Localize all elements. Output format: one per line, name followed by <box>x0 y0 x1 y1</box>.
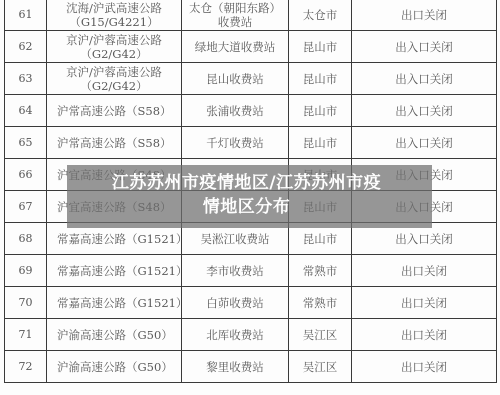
cell-highway-text: 沪常高速公路（S58） <box>57 136 172 150</box>
cell-number-text: 70 <box>19 296 33 309</box>
cell-city-text: 昆山市 <box>303 232 338 246</box>
cell-city: 太仓市 <box>289 0 352 31</box>
cell-status: 出口关闭 <box>352 287 497 319</box>
cell-status-text: 出口关闭 <box>401 296 447 310</box>
caption-overlay: 江苏苏州市疫情地区/江苏苏州市疫 情地区分布 <box>67 165 432 228</box>
cell-number-text: 66 <box>19 168 33 181</box>
cell-city: 吴江区 <box>289 351 352 383</box>
cell-city: 昆山市 <box>289 95 352 127</box>
cell-toll-station: 太仓（朝阳东路）收费站 <box>182 0 289 31</box>
cell-number-text: 63 <box>19 72 33 85</box>
cell-toll-station: 白茆收费站 <box>182 287 289 319</box>
cell-number: 72 <box>5 351 47 383</box>
cell-toll-station-text: 张浦收费站 <box>206 104 264 118</box>
cell-status: 出入口关闭 <box>352 31 497 63</box>
cell-status-text: 出口关闭 <box>401 8 447 22</box>
cell-toll-station-text: 绿地大道收费站 <box>195 40 276 54</box>
cell-highway-text: 沪常高速公路（S58） <box>57 104 172 118</box>
cell-toll-station: 北厍收费站 <box>182 319 289 351</box>
cell-status: 出入口关闭 <box>352 95 497 127</box>
cell-number-text: 64 <box>19 104 33 117</box>
cell-highway-text: 常嘉高速公路（G1521） <box>57 264 182 278</box>
cell-status-text: 出入口关闭 <box>395 40 453 54</box>
cell-number: 63 <box>5 63 47 95</box>
cell-number-text: 68 <box>19 232 33 245</box>
cell-number-text: 62 <box>19 40 33 53</box>
cell-number-text: 65 <box>19 136 33 149</box>
cell-city-text: 昆山市 <box>303 72 338 86</box>
cell-toll-station-text: 黎里收费站 <box>206 360 264 374</box>
cell-city: 吴江区 <box>289 319 352 351</box>
cell-number: 65 <box>5 127 47 159</box>
cell-city-text: 昆山市 <box>303 104 338 118</box>
cell-toll-station: 李市收费站 <box>182 255 289 287</box>
cell-highway: 沪常高速公路（S58） <box>47 127 182 159</box>
cell-number: 64 <box>5 95 47 127</box>
cell-city: 常熟市 <box>289 287 352 319</box>
cell-status-text: 出口关闭 <box>401 264 447 278</box>
caption-line-1: 江苏苏州市疫情地区/江苏苏州市疫 <box>75 171 418 195</box>
table-row: 63京沪/沪蓉高速公路（G2/G42）昆山收费站昆山市出入口关闭 <box>5 63 497 95</box>
cell-toll-station: 昆山收费站 <box>182 63 289 95</box>
table-row: 71沪渝高速公路（G50）北厍收费站吴江区出口关闭 <box>5 319 497 351</box>
cell-toll-station-text: 太仓（朝阳东路） <box>189 1 281 15</box>
cell-status: 出口关闭 <box>352 255 497 287</box>
cell-city-text: 常熟市 <box>303 296 338 310</box>
cell-highway-text: （G15/G4221） <box>69 15 158 29</box>
cell-city: 常熟市 <box>289 255 352 287</box>
cell-city: 昆山市 <box>289 31 352 63</box>
cell-number-text: 72 <box>19 360 33 373</box>
cell-number: 70 <box>5 287 47 319</box>
cell-status: 出口关闭 <box>352 319 497 351</box>
cell-highway-text: 沪渝高速公路（G50） <box>57 360 173 374</box>
cell-toll-station: 张浦收费站 <box>182 95 289 127</box>
cell-number-text: 67 <box>19 200 33 213</box>
table-row: 62京沪/沪蓉高速公路（G2/G42）绿地大道收费站昆山市出入口关闭 <box>5 31 497 63</box>
cell-status-text: 出入口关闭 <box>395 232 453 246</box>
cell-status-text: 出入口关闭 <box>395 104 453 118</box>
cell-toll-station-text: 收费站 <box>218 15 253 29</box>
cell-city-text: 常熟市 <box>303 264 338 278</box>
cell-highway: 沪渝高速公路（G50） <box>47 351 182 383</box>
table-row: 69常嘉高速公路（G1521）李市收费站常熟市出口关闭 <box>5 255 497 287</box>
cell-highway-text: 常嘉高速公路（G1521） <box>57 296 182 310</box>
cell-status: 出口关闭 <box>352 0 497 31</box>
cell-status-text: 出口关闭 <box>401 328 447 342</box>
cell-highway: 常嘉高速公路（G1521） <box>47 287 182 319</box>
cell-city-text: 吴江区 <box>303 328 338 342</box>
cell-toll-station: 绿地大道收费站 <box>182 31 289 63</box>
cell-highway-text: 沈海/沪武高速公路 <box>66 1 162 15</box>
cell-toll-station-text: 昆山收费站 <box>206 72 264 86</box>
cell-number: 66 <box>5 159 47 191</box>
cell-city-text: 太仓市 <box>303 8 338 22</box>
table-row: 65沪常高速公路（S58）千灯收费站昆山市出入口关闭 <box>5 127 497 159</box>
cell-highway: 沪渝高速公路（G50） <box>47 319 182 351</box>
cell-highway: 京沪/沪蓉高速公路（G2/G42） <box>47 63 182 95</box>
cell-status: 出口关闭 <box>352 351 497 383</box>
cell-highway-text: （G2/G42） <box>80 47 147 61</box>
cell-number-text: 61 <box>19 8 33 21</box>
cell-number: 61 <box>5 0 47 31</box>
cell-highway: 京沪/沪蓉高速公路（G2/G42） <box>47 31 182 63</box>
cell-highway-text: 京沪/沪蓉高速公路 <box>66 33 162 47</box>
cell-number: 67 <box>5 191 47 223</box>
cell-number-text: 69 <box>19 264 33 277</box>
cell-toll-station-text: 吴淞江收费站 <box>201 232 270 246</box>
cell-toll-station-text: 李市收费站 <box>206 264 264 278</box>
cell-number: 68 <box>5 223 47 255</box>
cell-status: 出入口关闭 <box>352 63 497 95</box>
cell-status-text: 出入口关闭 <box>395 136 453 150</box>
document-image: 61沈海/沪武高速公路（G15/G4221）太仓（朝阳东路）收费站太仓市出口关闭… <box>0 0 500 395</box>
cell-city-text: 昆山市 <box>303 40 338 54</box>
cell-highway-text: 常嘉高速公路（G1521） <box>57 232 182 246</box>
table-row: 64沪常高速公路（S58）张浦收费站昆山市出入口关闭 <box>5 95 497 127</box>
cell-highway: 沪常高速公路（S58） <box>47 95 182 127</box>
cell-number: 62 <box>5 31 47 63</box>
table-row: 72沪渝高速公路（G50）黎里收费站吴江区出口关闭 <box>5 351 497 383</box>
cell-number: 71 <box>5 319 47 351</box>
cell-toll-station: 千灯收费站 <box>182 127 289 159</box>
cell-status-text: 出入口关闭 <box>395 72 453 86</box>
table-row: 61沈海/沪武高速公路（G15/G4221）太仓（朝阳东路）收费站太仓市出口关闭 <box>5 0 497 31</box>
cell-status: 出入口关闭 <box>352 127 497 159</box>
cell-city: 昆山市 <box>289 127 352 159</box>
cell-highway: 常嘉高速公路（G1521） <box>47 255 182 287</box>
cell-status-text: 出口关闭 <box>401 360 447 374</box>
cell-number-text: 71 <box>19 328 33 341</box>
cell-toll-station-text: 白茆收费站 <box>206 296 264 310</box>
cell-toll-station-text: 千灯收费站 <box>206 136 264 150</box>
cell-toll-station-text: 北厍收费站 <box>206 328 264 342</box>
cell-city-text: 昆山市 <box>303 136 338 150</box>
caption-line-2: 情地区分布 <box>75 195 418 219</box>
cell-highway: 沈海/沪武高速公路（G15/G4221） <box>47 0 182 31</box>
cell-city: 昆山市 <box>289 63 352 95</box>
table-row: 70常嘉高速公路（G1521）白茆收费站常熟市出口关闭 <box>5 287 497 319</box>
cell-highway-text: 京沪/沪蓉高速公路 <box>66 65 162 79</box>
cell-highway-text: 沪渝高速公路（G50） <box>57 328 173 342</box>
cell-toll-station: 黎里收费站 <box>182 351 289 383</box>
cell-city-text: 吴江区 <box>303 360 338 374</box>
cell-highway-text: （G2/G42） <box>80 79 147 93</box>
cell-number: 69 <box>5 255 47 287</box>
